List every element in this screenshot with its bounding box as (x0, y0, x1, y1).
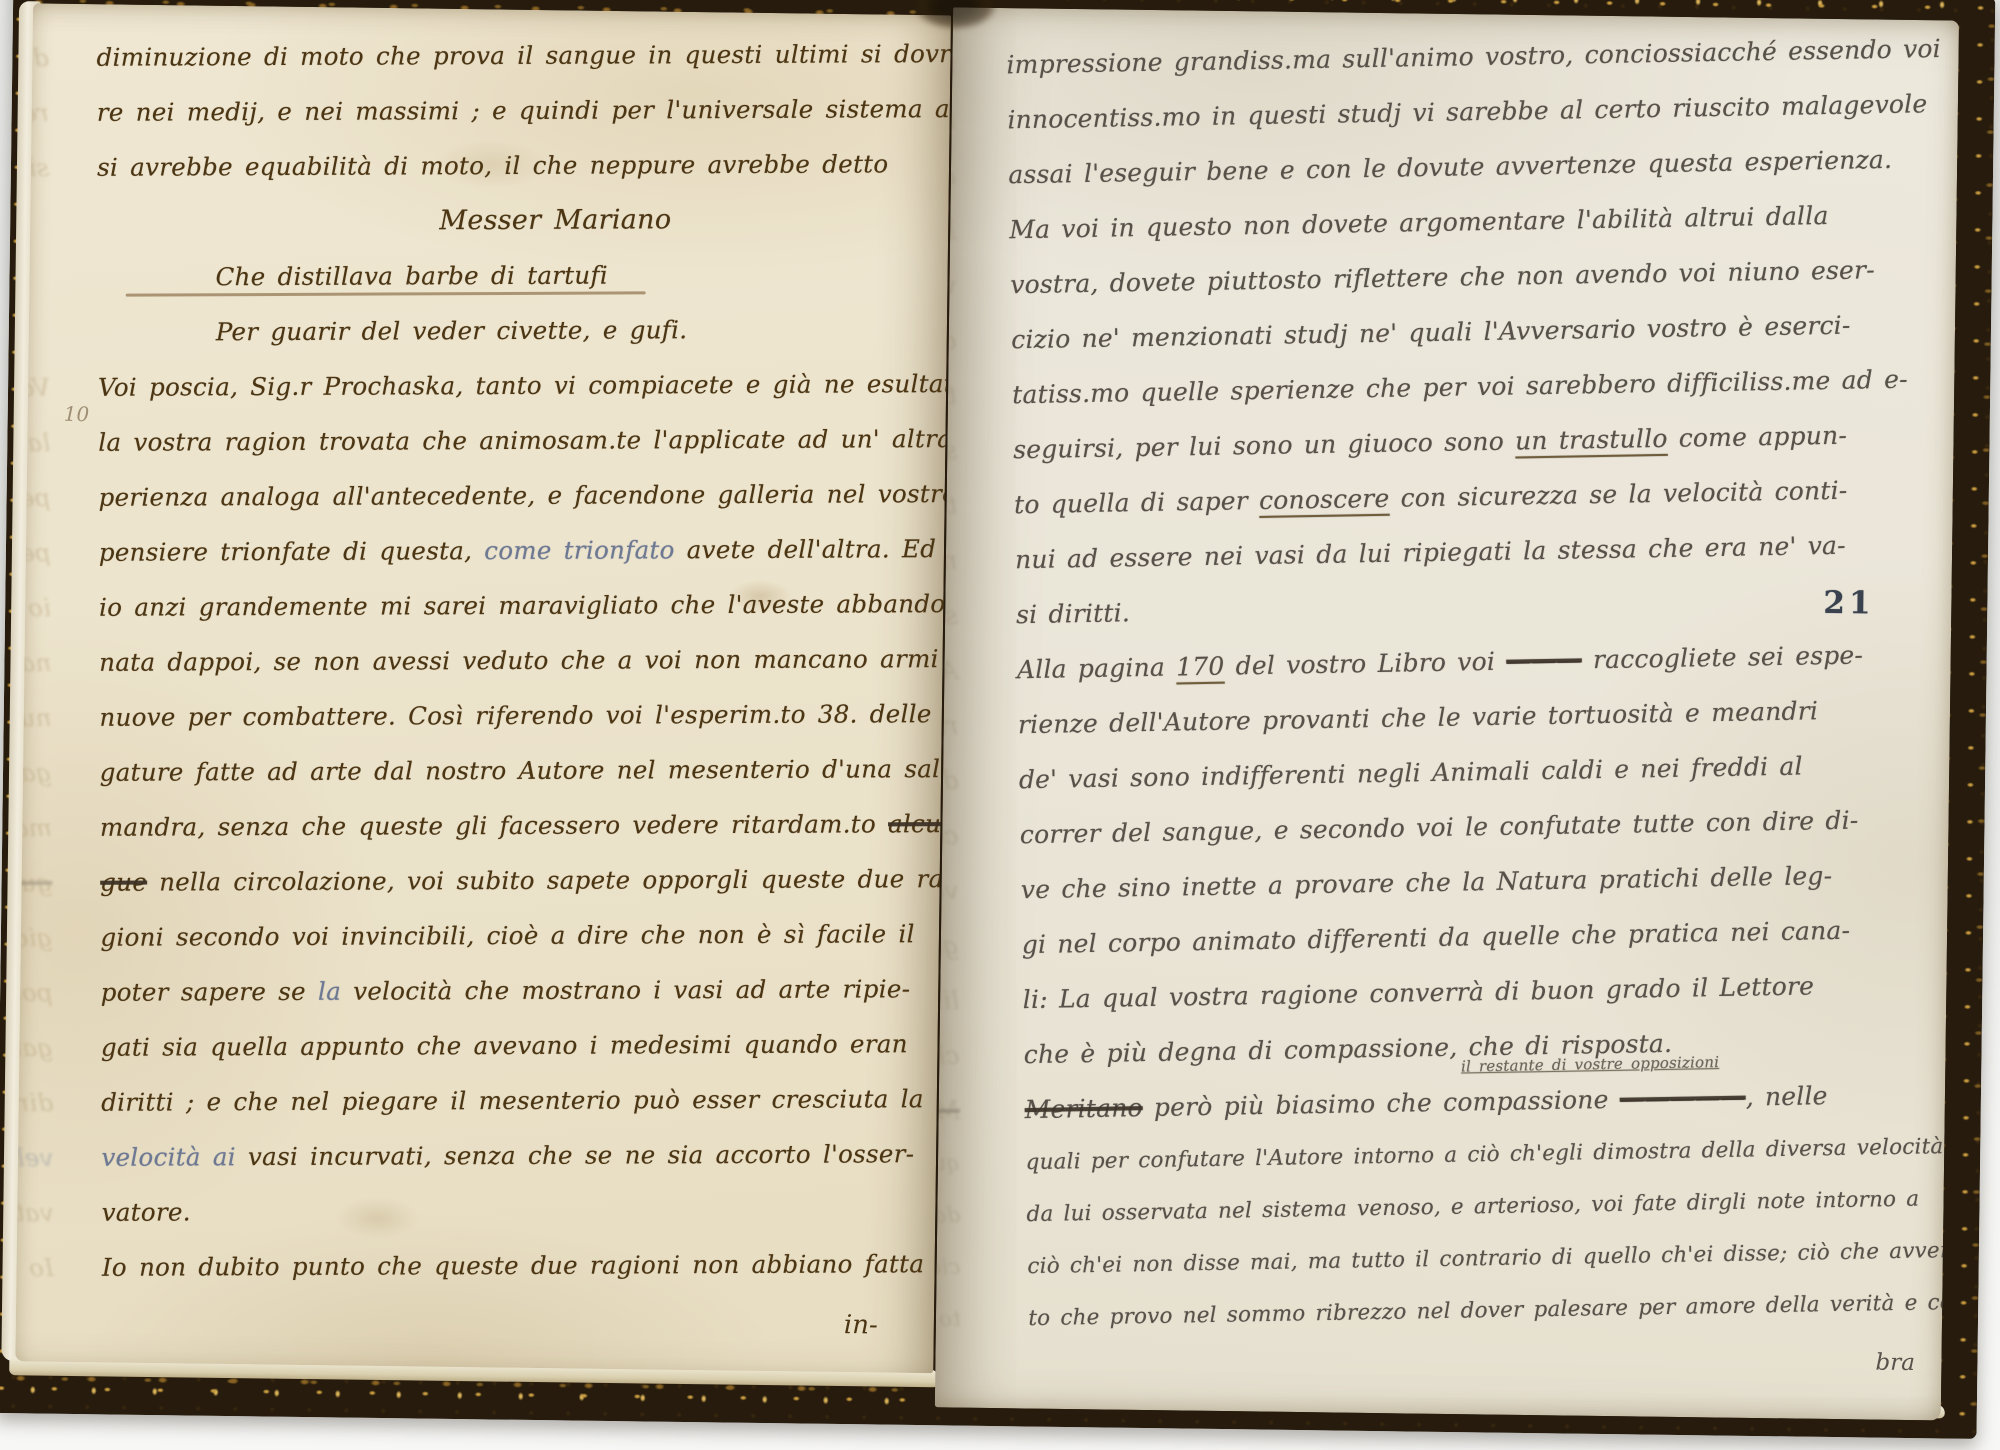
manuscript-line: diminuzione di moto che prova il sangue … (97, 26, 951, 85)
manuscript-text-segment: , nelle (1745, 1081, 1827, 1111)
manuscript-text-segment: nella circolazione, voi subito sapete op… (147, 864, 951, 897)
manuscript-line: ciò ch'ei non disse mai, ma tutto il con… (935, 1242, 961, 1298)
manuscript-text-segment: Per guarir del veder civette, e gufi. (216, 315, 688, 346)
left-page: diminuzione di moto che prova il sangue … (15, 3, 951, 1373)
manuscript-text-segment: gati sia quella appunto che avevano i me… (101, 1029, 908, 1062)
manuscript-line: gati sia quella appunto che avevano i me… (101, 1016, 951, 1075)
manuscript-text-segment: pensiere trionfate di questa, (99, 536, 485, 567)
manuscript-line: la vostra ragion trovata che animosam.te… (98, 411, 951, 470)
manuscript-text-segment: conoscere (1259, 484, 1390, 515)
manuscript-text-segment: Meritano (935, 1096, 960, 1126)
manuscript-text-segment: vasi incurvati, senza che se ne sia acco… (236, 1139, 915, 1171)
margin-note: 10 (64, 402, 90, 426)
manuscript-text-segment: to che provo nel sommo ribrezzo nel dove… (935, 1307, 961, 1336)
manuscript-line: Voi poscia, Sig.r Prochaska, tanto vi co… (98, 356, 951, 415)
manuscript-text-segment: velocità che mostrano i vasi ad arte rip… (341, 974, 910, 1005)
right-page-text: impressione grandiss.ma sull'animo vostr… (949, 7, 1959, 1346)
left-page-text: diminuzione di moto che prova il sangue … (32, 3, 951, 1295)
manuscript-text-segment: impressione grandiss.ma sull'animo vostr… (1006, 34, 1941, 79)
manuscript-text-segment: gature fatte ad arte dal nostro Autore n… (100, 754, 951, 787)
manuscript-text-segment: cizio ne' menzionati studj ne' quali l'A… (1011, 311, 1851, 355)
right-page: impressione grandiss.ma sull'animo vostr… (935, 7, 1959, 1420)
manuscript-text-segment: mandra, senza che queste gli facessero v… (100, 809, 888, 841)
manuscript-line: pensiere trionfate di questa, come trion… (99, 521, 951, 580)
manuscript-line: re nei medij, e nei massimi ; e quindi p… (97, 81, 951, 140)
manuscript-line: gioni secondo voi invincibili, cioè a di… (100, 906, 951, 965)
manuscript-line: nata dappoi, se non avessi veduto che a … (99, 631, 951, 690)
manuscript-text-segment: gioni secondo voi invincibili, cioè a di… (100, 919, 914, 952)
manuscript-text-segment: to che provo nel sommo ribrezzo nel dove… (1028, 1290, 1959, 1332)
manuscript-text-segment: ciò ch'ei non disse mai, ma tutto il con… (935, 1255, 961, 1284)
manuscript-text-segment: nuove per combattere. Così riferendo voi… (99, 699, 951, 732)
manuscript-text-segment: seguirsi, per lui sono un giuoco sono (1013, 427, 1515, 465)
manuscript-text-segment: diritti ; e che nel piegare il mesenteri… (101, 1084, 924, 1117)
manuscript-line: vatore. (102, 1181, 951, 1240)
manuscript-text-segment: tatiss.mo quelle sperienze che per voi s… (1012, 365, 1908, 410)
manuscript-line: li: La qual vostra ragione converrà di b… (935, 973, 960, 1032)
manuscript-text-segment: quali per confutare l'Autore intorno a c… (1025, 1134, 1943, 1175)
manuscript-text-segment: rienze dell'Autore provanti che le varie… (1018, 696, 1819, 739)
manuscript-text-segment: nata dappoi, se non avessi veduto che a … (99, 644, 939, 677)
manuscript-text-segment: ve che sino inette a provare che la Natu… (1021, 861, 1833, 904)
manuscript-text-segment: come trionfato (484, 535, 675, 565)
manuscript-text-segment: assai l'eseguir bene e con le dovute avv… (1008, 145, 1892, 189)
manuscript-book: diminuzione di moto che prova il sangue … (0, 0, 1995, 1439)
manuscript-line: Meritano però più biasimo che compassion… (935, 1083, 960, 1142)
manuscript-text-segment: re nei medij, e nei massimi ; e quindi p… (97, 94, 951, 127)
manuscript-text-segment: correr del sangue, e secondo voi le conf… (1020, 806, 1859, 850)
manuscript-line: che è più degna di compassione, che di r… (935, 1028, 960, 1087)
manuscript-text-segment: Alla pagina (1017, 652, 1177, 684)
manuscript-text-segment: Voi poscia, Sig.r Prochaska, tanto vi co… (98, 368, 951, 401)
manuscript-line: io anzi grandemente mi sarei maravigliat… (99, 576, 951, 635)
manuscript-line: nuove per combattere. Così riferendo voi… (99, 686, 951, 745)
manuscript-text-segment: Che distillava barbe di tartufi (216, 261, 608, 292)
manuscript-text-segment: vatore. (102, 1197, 191, 1226)
manuscript-text-segment: raccogliete sei espe- (1582, 640, 1864, 674)
manuscript-text-segment: da lui osservata nel sistema venoso, e a… (1026, 1187, 1919, 1228)
manuscript-line: da lui osservata nel sistema venoso, e a… (935, 1190, 961, 1246)
manuscript-text-segment: nui ad essere nei vasi da lui ripiegati … (1015, 531, 1846, 574)
manuscript-text-segment: li: La qual vostra ragione converrà di b… (935, 986, 960, 1018)
manuscript-text-segment: quali per confutare l'Autore intorno a c… (935, 1151, 960, 1180)
interlinear-note: il restante di vostre opposizioni (1461, 1055, 1719, 1075)
manuscript-line: Che distillava barbe di tartufi (97, 246, 951, 305)
manuscript-text-segment: io anzi grandemente mi sarei maravigliat… (99, 589, 951, 622)
manuscript-line: quali per confutare l'Autore intorno a c… (935, 1138, 960, 1194)
right-catchword: bra (1875, 1350, 1915, 1377)
manuscript-text-segment: da lui osservata nel sistema venoso, e a… (935, 1203, 961, 1232)
manuscript-text-segment: gi nel corpo animato differenti da quell… (1022, 916, 1851, 959)
manuscript-line: perienza analoga all'antecedente, e face… (98, 466, 951, 525)
manuscript-text-segment: to quella di saper (1014, 486, 1259, 519)
manuscript-text-segment: innocentiss.mo in questi studj vi sarebb… (1007, 89, 1927, 134)
manuscript-text-segment: del vostro Libro voi (1224, 647, 1506, 681)
manuscript-line: velocità ai vasi incurvati, senza che se… (101, 1126, 951, 1185)
manuscript-text-segment: li: La qual vostra ragione converrà di b… (1023, 971, 1815, 1014)
manuscript-line: Io non dubito punto che queste due ragio… (102, 1236, 951, 1295)
manuscript-text-segment: poter sapere se (101, 977, 318, 1007)
manuscript-text-segment: che è più degna di compassione, che di r… (935, 1041, 960, 1073)
manuscript-line: mandra, senza che queste gli facessero v… (100, 796, 951, 855)
manuscript-text-segment: Ma voi in questo non dovete argomentare … (1009, 201, 1829, 244)
manuscript-text-segment: gue (100, 868, 147, 897)
manuscript-line: Per guarir del veder civette, e gufi. (98, 301, 951, 360)
manuscript-text-segment: Io non dubito punto che queste due ragio… (102, 1249, 924, 1282)
manuscript-line: to che provo nel sommo ribrezzo nel dove… (935, 1294, 961, 1350)
manuscript-line: gature fatte ad arte dal nostro Autore n… (100, 741, 951, 800)
manuscript-text-segment: diminuzione di moto che prova il sangue … (97, 38, 951, 71)
manuscript-line: diritti ; e che nel piegare il mesenteri… (101, 1071, 951, 1130)
manuscript-text-segment: vostra, dovete piuttosto riflettere che … (1010, 255, 1875, 299)
manuscript-line: poter sapere se la velocità che mostrano… (101, 961, 951, 1020)
manuscript-text-segment: de' vasi sono indifferenti negli Animali… (1019, 752, 1803, 795)
manuscript-text-segment: con sicurezza se la velocità conti- (1389, 476, 1847, 513)
manuscript-text-segment: però più biasimo che compassione (1142, 1085, 1619, 1122)
manuscript-text-segment: come appun- (1667, 421, 1847, 453)
manuscript-line: gue nella circolazione, voi subito sapet… (100, 851, 951, 910)
manuscript-text-segment: si avrebbe equabilità di moto, il che ne… (97, 149, 888, 181)
manuscript-text-segment: ——— (1506, 645, 1582, 675)
left-catchword: in- (844, 1310, 878, 1340)
manuscript-text-segment: Meritano (1024, 1093, 1143, 1124)
manuscript-text-segment: la (318, 977, 341, 1006)
photo-backdrop: diminuzione di moto che prova il sangue … (0, 0, 2000, 1450)
manuscript-text-segment: si diritti. (1016, 598, 1130, 629)
page-number: 21 (1823, 585, 1875, 622)
manuscript-text-segment: 170 (1176, 652, 1225, 682)
manuscript-text-segment: avete dell'altra. Ed (675, 534, 937, 564)
manuscript-text-segment: la vostra ragion trovata che animosam.te… (98, 424, 951, 457)
manuscript-text-segment: ciò ch'ei non disse mai, ma tutto il con… (1027, 1238, 1959, 1280)
manuscript-text-segment: Messer Mariano (439, 204, 671, 236)
manuscript-line: si avrebbe equabilità di moto, il che ne… (97, 136, 951, 195)
manuscript-text-segment: ————— (1619, 1083, 1745, 1114)
manuscript-text-segment: un trastullo (1515, 424, 1668, 456)
manuscript-text-segment: perienza analoga all'antecedente, e face… (98, 479, 951, 512)
manuscript-text-segment: velocità ai (101, 1142, 236, 1172)
manuscript-line: Messer Mariano (97, 191, 951, 250)
